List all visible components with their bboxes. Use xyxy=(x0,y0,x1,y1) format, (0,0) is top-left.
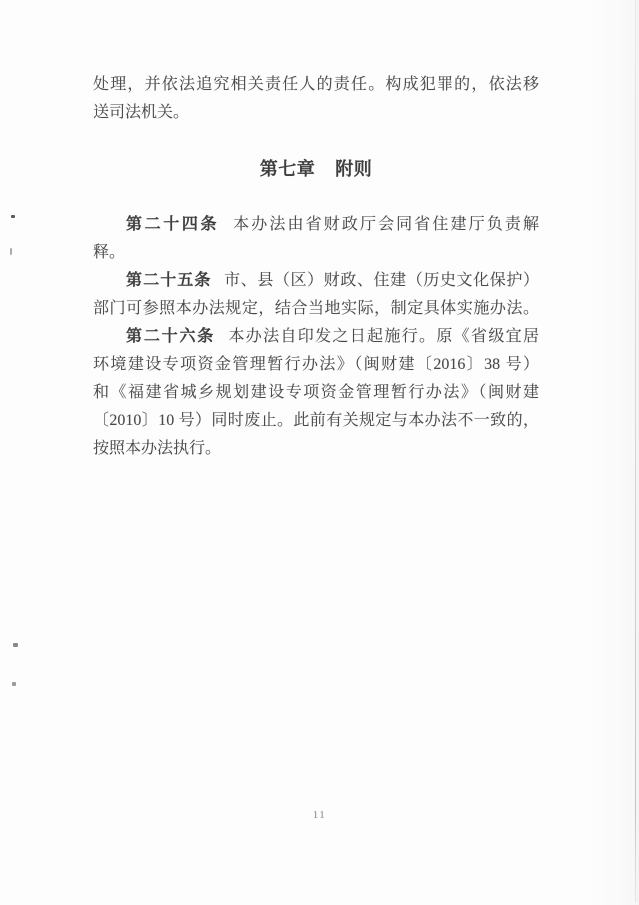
scan-speck xyxy=(10,248,12,255)
paragraph-line: 处理，并依法追究相关责任人的责任。构成犯罪的，依法移 xyxy=(93,71,539,99)
document-body: 处理，并依法追究相关责任人的责任。构成犯罪的，依法移 送司法机关。 第七章附则 … xyxy=(93,71,539,463)
article-term: 第二十六条 xyxy=(126,328,215,345)
scan-edge-line xyxy=(635,0,636,902)
page-number: 11 xyxy=(0,809,639,821)
paragraph-line: 部门可参照本办法规定，结合当地实际，制定具体实施办法。 xyxy=(93,295,539,323)
article-first-line: 第二十四条本办法由省财政厅会同省住建厅负责解 xyxy=(93,211,539,239)
paragraph-line: 环境建设专项资金管理暂行办法》（闽财建〔2016〕38 号） xyxy=(93,351,539,379)
article-text: 本办法由省财政厅会同省住建厅负责解 xyxy=(231,216,539,233)
article-first-line: 第二十六条本办法自印发之日起施行。原《省级宜居 xyxy=(93,323,539,351)
scan-speck xyxy=(12,682,16,686)
paragraph-line: 送司法机关。 xyxy=(93,99,539,127)
scan-speck xyxy=(11,215,15,218)
paragraph-line: 〔2010〕10 号）同时废止。此前有关规定与本办法不一致的， xyxy=(93,407,539,435)
article-first-line: 第二十五条市、县（区）财政、住建（历史文化保护） xyxy=(93,267,539,295)
chapter-heading: 第七章附则 xyxy=(93,155,539,183)
article-term: 第二十四条 xyxy=(126,216,219,233)
article-text: 市、县（区）财政、住建（历史文化保护） xyxy=(224,272,539,289)
article-term: 第二十五条 xyxy=(126,272,212,289)
chapter-title: 附则 xyxy=(335,159,372,179)
scan-speck xyxy=(13,643,18,647)
paragraph-line: 释。 xyxy=(93,239,539,267)
article-text: 本办法自印发之日起施行。原《省级宜居 xyxy=(227,328,539,345)
paragraph-line: 和《福建省城乡规划建设专项资金管理暂行办法》（闽财建 xyxy=(93,379,539,407)
chapter-number: 第七章 xyxy=(260,159,316,179)
scanned-document-page: 处理，并依法追究相关责任人的责任。构成犯罪的，依法移 送司法机关。 第七章附则 … xyxy=(0,0,639,905)
paragraph-line: 按照本办法执行。 xyxy=(93,435,539,463)
